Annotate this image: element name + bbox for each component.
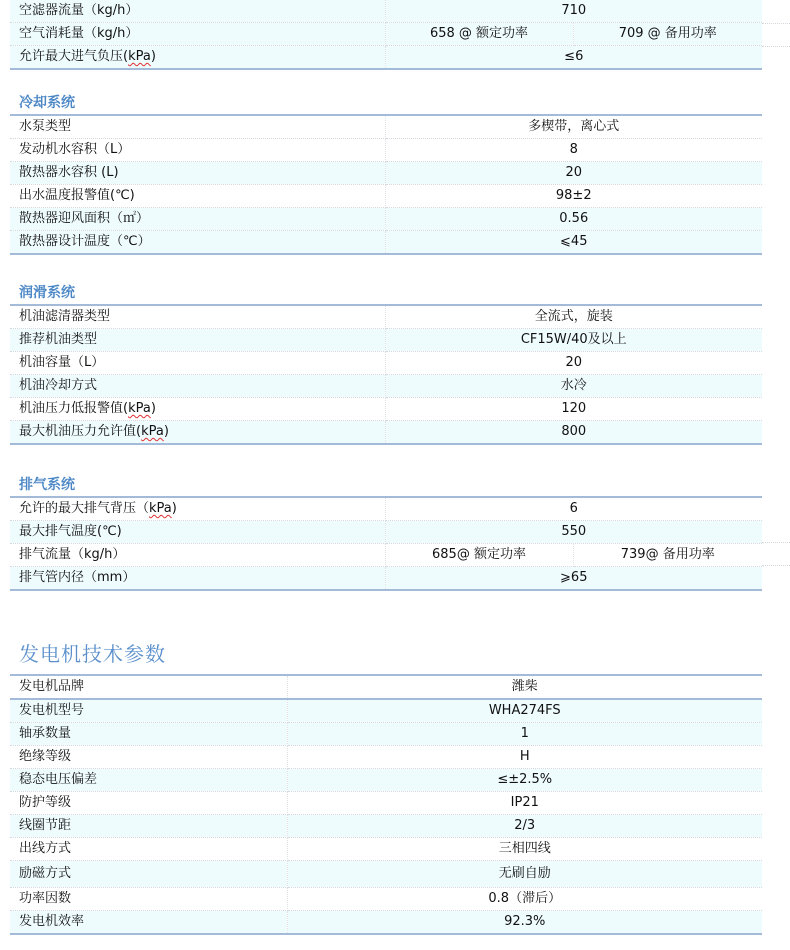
row-value: ≤6 <box>385 46 762 70</box>
row-label: 排气流量（kg/h） <box>10 544 385 567</box>
table-row: 允许最大进气负压(kPa) ≤6 <box>10 46 762 70</box>
row-label: 散热器迎风面积（㎡） <box>10 208 385 231</box>
section-title: 发电机技术参数 <box>10 639 762 669</box>
label-unit: kPa <box>128 401 151 416</box>
row-label: 允许的最大排气背压（kPa) <box>10 497 385 521</box>
table-row: 机油滤清器类型 全流式，旋装 <box>10 305 762 329</box>
row-label: 机油容量（L） <box>10 352 385 375</box>
row-value: 20 <box>385 352 762 375</box>
row-divider <box>762 23 790 24</box>
row-label: 出水温度报警值(℃) <box>10 185 385 208</box>
row-label: 绝缘等级 <box>10 746 287 769</box>
label-text: 最大机油压力允许值( <box>19 424 141 439</box>
table-row: 散热器迎风面积（㎡） 0.56 <box>10 208 762 231</box>
row-value: ⩾65 <box>385 567 762 591</box>
row-divider <box>762 46 790 47</box>
row-label: 线圈节距 <box>10 815 287 838</box>
table-row: 散热器设计温度（℃） ⩽45 <box>10 231 762 255</box>
standby-power-value: 739@ 备用功率 <box>573 544 762 567</box>
label-text: ) <box>151 401 156 416</box>
label-text: ) <box>151 49 156 64</box>
row-value: 20 <box>385 162 762 185</box>
table-row: 最大排气温度(℃) 550 <box>10 521 762 544</box>
label-unit: kPa <box>149 501 172 516</box>
label-unit: kPa <box>128 49 151 64</box>
table-row: 推荐机油类型 CF15W/40及以上 <box>10 329 762 352</box>
standby-power-value: 709 @ 备用功率 <box>573 23 762 46</box>
row-label: 机油滤清器类型 <box>10 305 385 329</box>
row-value: 92.3% <box>287 911 762 935</box>
row-value: 0.56 <box>385 208 762 231</box>
label-text: ) <box>172 501 177 516</box>
section-title: 润滑系统 <box>10 282 762 304</box>
cooling-section: 冷却系统 水泵类型 多楔带，离心式 发动机水容积（L） 8 散热器水容积 (L)… <box>10 92 762 255</box>
row-value: 1 <box>287 723 762 746</box>
section-title: 冷却系统 <box>10 92 762 114</box>
row-value: 水冷 <box>385 375 762 398</box>
table-row: 机油压力低报警值(kPa) 120 <box>10 398 762 421</box>
label-text: 允许最大进气负压( <box>19 49 128 64</box>
row-value: ≤±2.5% <box>287 769 762 792</box>
label-text: ) <box>164 424 169 439</box>
row-value: 710 <box>385 0 762 23</box>
air-intake-section: 空滤器流量（kg/h） 710 空气消耗量（kg/h） 658 @ 额定功率 7… <box>10 0 762 70</box>
table-row: 允许的最大排气背压（kPa) 6 <box>10 497 762 521</box>
label-text: 机油压力低报警值( <box>19 401 128 416</box>
row-label: 最大排气温度(℃) <box>10 521 385 544</box>
row-value: 无刷自励 <box>287 861 762 888</box>
table-row: 绝缘等级 H <box>10 746 762 769</box>
table-row: 水泵类型 多楔带，离心式 <box>10 115 762 139</box>
row-label: 允许最大进气负压(kPa) <box>10 46 385 70</box>
row-value: WHA274FS <box>287 699 762 723</box>
table-row: 稳态电压偏差 ≤±2.5% <box>10 769 762 792</box>
table-row: 发电机品牌 潍柴 <box>10 675 762 699</box>
row-label: 防护等级 <box>10 792 287 815</box>
rated-power-value: 685@ 额定功率 <box>385 544 573 567</box>
section-title: 排气系统 <box>10 474 762 496</box>
row-label: 稳态电压偏差 <box>10 769 287 792</box>
table-row: 机油容量（L） 20 <box>10 352 762 375</box>
row-label: 发动机水容积（L） <box>10 139 385 162</box>
row-value: 120 <box>385 398 762 421</box>
row-value: CF15W/40及以上 <box>385 329 762 352</box>
air-intake-table: 空滤器流量（kg/h） 710 空气消耗量（kg/h） 658 @ 额定功率 7… <box>10 0 762 70</box>
row-divider <box>762 565 790 566</box>
table-row: 空气消耗量（kg/h） 658 @ 额定功率 709 @ 备用功率 <box>10 23 762 46</box>
row-label: 机油冷却方式 <box>10 375 385 398</box>
row-value: 2/3 <box>287 815 762 838</box>
row-value: IP21 <box>287 792 762 815</box>
lubrication-section: 润滑系统 机油滤清器类型 全流式，旋装 推荐机油类型 CF15W/40及以上 机… <box>10 282 762 445</box>
table-row: 出水温度报警值(℃) 98±2 <box>10 185 762 208</box>
table-row: 轴承数量 1 <box>10 723 762 746</box>
row-label: 推荐机油类型 <box>10 329 385 352</box>
row-value: 98±2 <box>385 185 762 208</box>
label-unit: kPa <box>141 424 164 439</box>
row-value: 800 <box>385 421 762 445</box>
table-row: 发动机水容积（L） 8 <box>10 139 762 162</box>
row-label: 出线方式 <box>10 838 287 861</box>
row-label: 最大机油压力允许值(kPa) <box>10 421 385 445</box>
row-label: 空滤器流量（kg/h） <box>10 0 385 23</box>
exhaust-section: 排气系统 允许的最大排气背压（kPa) 6 最大排气温度(℃) 550 排气流量… <box>10 474 762 591</box>
row-label: 散热器设计温度（℃） <box>10 231 385 255</box>
row-value: 550 <box>385 521 762 544</box>
table-row: 空滤器流量（kg/h） 710 <box>10 0 762 23</box>
row-value: 0.8（滞后） <box>287 888 762 911</box>
table-row: 排气流量（kg/h） 685@ 额定功率 739@ 备用功率 <box>10 544 762 567</box>
row-label: 机油压力低报警值(kPa) <box>10 398 385 421</box>
exhaust-table: 允许的最大排气背压（kPa) 6 最大排气温度(℃) 550 排气流量（kg/h… <box>10 496 762 591</box>
row-label: 发电机型号 <box>10 699 287 723</box>
table-row: 防护等级 IP21 <box>10 792 762 815</box>
row-label: 励磁方式 <box>10 861 287 888</box>
row-label: 空气消耗量（kg/h） <box>10 23 385 46</box>
table-row: 机油冷却方式 水冷 <box>10 375 762 398</box>
row-value: 多楔带，离心式 <box>385 115 762 139</box>
rated-power-value: 658 @ 额定功率 <box>385 23 573 46</box>
row-value: 潍柴 <box>287 675 762 699</box>
row-label: 功率因数 <box>10 888 287 911</box>
row-label: 排气管内径（mm） <box>10 567 385 591</box>
table-row: 最大机油压力允许值(kPa) 800 <box>10 421 762 445</box>
row-divider <box>762 542 790 543</box>
generator-table: 发电机品牌 潍柴 发电机型号 WHA274FS 轴承数量 1 绝缘等级 H 稳态… <box>10 674 762 935</box>
table-row: 排气管内径（mm） ⩾65 <box>10 567 762 591</box>
table-row: 散热器水容积 (L) 20 <box>10 162 762 185</box>
table-row: 线圈节距 2/3 <box>10 815 762 838</box>
row-value: 三相四线 <box>287 838 762 861</box>
table-row: 出线方式 三相四线 <box>10 838 762 861</box>
table-row: 功率因数 0.8（滞后） <box>10 888 762 911</box>
lubrication-table: 机油滤清器类型 全流式，旋装 推荐机油类型 CF15W/40及以上 机油容量（L… <box>10 304 762 445</box>
row-value: H <box>287 746 762 769</box>
generator-section: 发电机技术参数 发电机品牌 潍柴 发电机型号 WHA274FS 轴承数量 1 绝… <box>10 639 762 935</box>
row-value: 8 <box>385 139 762 162</box>
row-label: 散热器水容积 (L) <box>10 162 385 185</box>
cooling-table: 水泵类型 多楔带，离心式 发动机水容积（L） 8 散热器水容积 (L) 20 出… <box>10 114 762 255</box>
row-label: 发电机品牌 <box>10 675 287 699</box>
table-row: 励磁方式 无刷自励 <box>10 861 762 888</box>
table-row: 发电机型号 WHA274FS <box>10 699 762 723</box>
label-text: 允许的最大排气背压（ <box>19 501 149 516</box>
row-label: 水泵类型 <box>10 115 385 139</box>
row-value: 全流式，旋装 <box>385 305 762 329</box>
row-value: 6 <box>385 497 762 521</box>
row-label: 发电机效率 <box>10 911 287 935</box>
row-label: 轴承数量 <box>10 723 287 746</box>
row-value: ⩽45 <box>385 231 762 255</box>
table-row: 发电机效率 92.3% <box>10 911 762 935</box>
